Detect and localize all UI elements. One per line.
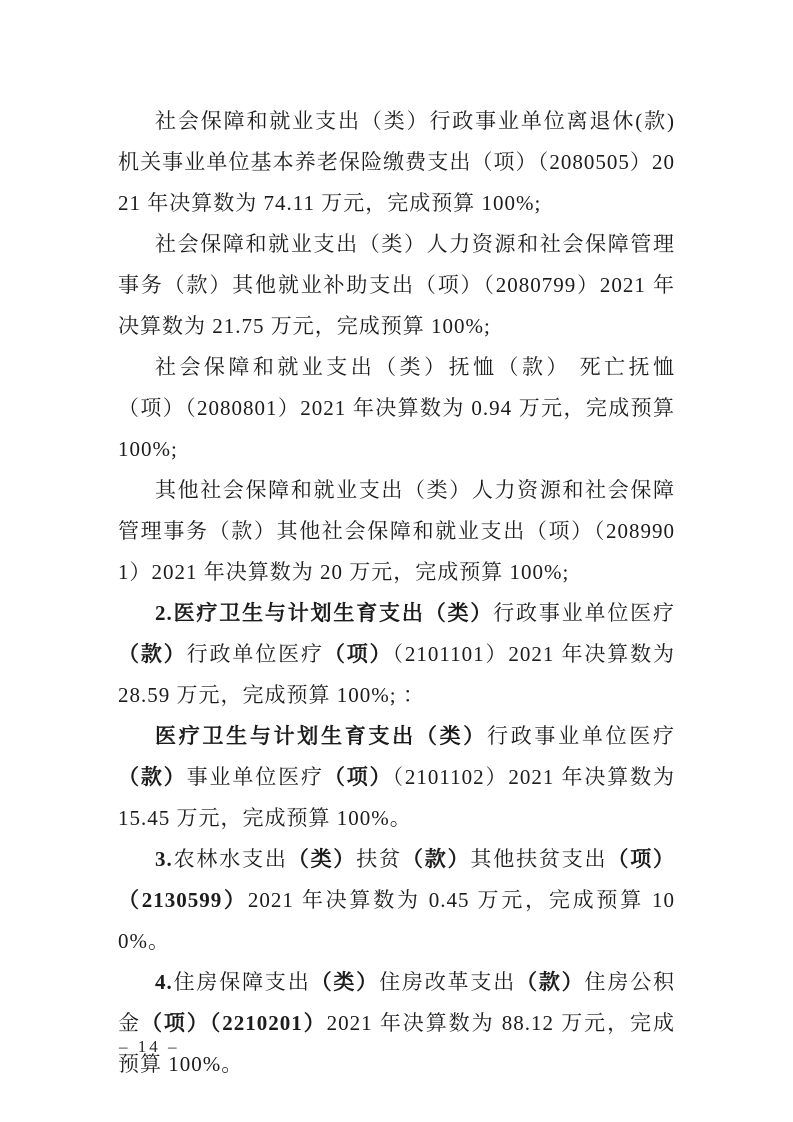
bold-text-run: （项）（2210201）: [141, 1011, 327, 1035]
bold-text-run: （类）: [311, 970, 380, 994]
bold-text-run: （款）: [118, 765, 187, 789]
bold-text-run: （类）: [288, 847, 357, 871]
text-run: 其他扶贫支出: [470, 847, 607, 871]
text-run: 社会保障和就业支出（类）行政事业单位离退休(款) 机关事业单位基本养老保险缴费支…: [118, 109, 675, 215]
paragraph: 2.医疗卫生与计划生育支出（类）行政事业单位医疗（款）行政单位医疗（项）（210…: [118, 593, 675, 716]
bold-text-run: （款）: [402, 847, 471, 871]
bold-text-run: （款）: [516, 970, 585, 994]
bold-text-run: 4.: [155, 970, 173, 994]
text-run: 社会保障和就业支出（类）人力资源和社会保障管理事务（款）其他就业补助支出（项）（…: [118, 232, 675, 338]
text-run: 行政单位医疗: [187, 642, 324, 666]
paragraph: 社会保障和就业支出（类）抚恤（款） 死亡抚恤（项）（2080801）2021 年…: [118, 347, 675, 470]
text-run: 其他社会保障和就业支出（类）人力资源和社会保障管理事务（款）其他社会保障和就业支…: [118, 478, 675, 584]
paragraph: 3.农林水支出（类）扶贫（款）其他扶贫支出（项）（2130599）2021 年决…: [118, 839, 675, 962]
paragraph: 4.住房保障支出（类）住房改革支出（款）住房公积金（项）（2210201）202…: [118, 962, 675, 1085]
document-page: 社会保障和就业支出（类）行政事业单位离退休(款) 机关事业单位基本养老保险缴费支…: [0, 0, 793, 1122]
bold-text-run: 2.医疗卫生与计划生育支出（类）: [155, 601, 493, 625]
paragraph: 医疗卫生与计划生育支出（类）行政事业单位医疗（款）事业单位医疗（项）（21011…: [118, 716, 675, 839]
bold-text-run: （项）: [324, 642, 393, 666]
page-number: – 14 –: [119, 1036, 180, 1058]
paragraph: 社会保障和就业支出（类）行政事业单位离退休(款) 机关事业单位基本养老保险缴费支…: [118, 101, 675, 224]
text-run: 住房保障支出: [173, 970, 311, 994]
text-run: 住房改革支出: [379, 970, 516, 994]
text-run: 社会保障和就业支出（类）抚恤（款） 死亡抚恤（项）（2080801）2021 年…: [118, 355, 675, 461]
text-run: 农林水支出: [173, 847, 288, 871]
paragraph: 其他社会保障和就业支出（类）人力资源和社会保障管理事务（款）其他社会保障和就业支…: [118, 470, 675, 593]
text-run: 行政事业单位医疗: [487, 724, 675, 748]
text-run: 行政事业单位医疗: [493, 601, 675, 625]
text-run: 事业单位医疗: [187, 765, 324, 789]
bold-text-run: 3.: [155, 847, 173, 871]
bold-text-run: （款）: [118, 642, 187, 666]
paragraph: 社会保障和就业支出（类）人力资源和社会保障管理事务（款）其他就业补助支出（项）（…: [118, 224, 675, 347]
bold-text-run: （项）: [324, 765, 393, 789]
text-run: 扶贫: [356, 847, 402, 871]
document-content: 社会保障和就业支出（类）行政事业单位离退休(款) 机关事业单位基本养老保险缴费支…: [118, 101, 675, 1085]
bold-text-run: 医疗卫生与计划生育支出（类）: [155, 724, 487, 748]
